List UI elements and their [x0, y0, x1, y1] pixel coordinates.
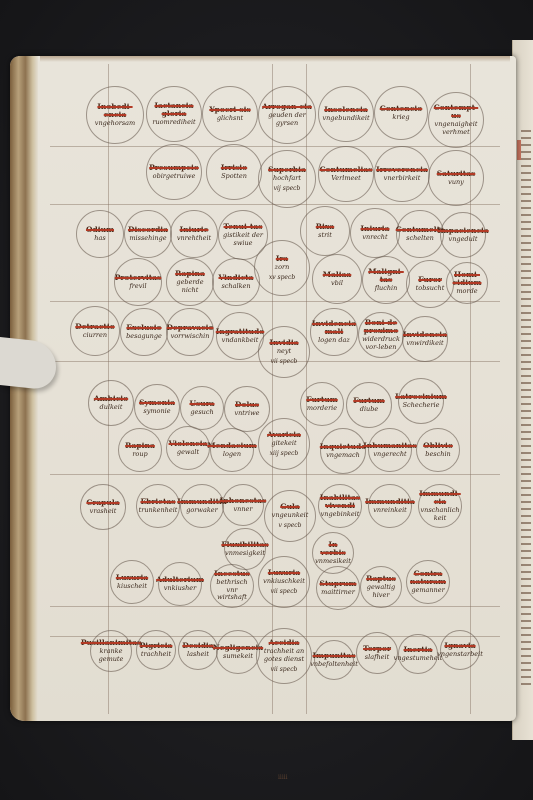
- roundel: Invidencia malilogen daz: [310, 308, 358, 356]
- roundel-latin-term: Presumpcio: [149, 164, 199, 172]
- roundel-latin-term: Iniuria: [361, 225, 390, 233]
- roundel-german-gloss: has: [94, 235, 105, 243]
- roundel-german-gloss: vngebinkeit: [321, 511, 360, 519]
- roundel-latin-term: Contempt-us: [431, 104, 481, 120]
- roundel-latin-term: Rapina: [125, 442, 155, 450]
- roundel-german-gloss: missehinge: [129, 235, 166, 243]
- roundel-german-gloss: logen daz: [318, 337, 350, 345]
- roundel: Depravaciovorrwischin: [166, 308, 214, 356]
- roundel-german-gloss: glichsnt: [217, 115, 243, 123]
- roundel-latin-term: Symonia: [139, 399, 175, 407]
- roundel: Homi-cidiummorde: [446, 262, 488, 304]
- roundel-german-gloss: trachheit: [141, 651, 171, 659]
- roundel-german-gloss: vnner: [234, 506, 253, 514]
- roundel-latin-term: Contencio: [380, 105, 423, 113]
- roundel-german-gloss: hochfart: [273, 175, 301, 183]
- roundel-german-gloss: besagunge: [126, 333, 162, 341]
- roundel: ContumeliasVerlmeet: [318, 146, 374, 202]
- roundel-german-gloss: ciurren: [83, 332, 107, 340]
- roundel-latin-term: Raptus: [366, 575, 396, 583]
- roundel-german-gloss: roup: [132, 451, 147, 459]
- roundel-latin-term: Immundi-cia: [419, 490, 461, 506]
- roundel-german-gloss: krieg: [392, 114, 409, 122]
- roundel-latin-term: Ambicio: [94, 395, 128, 403]
- roundel: Luxuriakiuscheit: [110, 560, 154, 604]
- roundel: Torporslafheit: [356, 632, 398, 674]
- roundel: Inhonestasvnner: [222, 484, 264, 526]
- roundel-species-count: v specb: [279, 522, 302, 529]
- roundel-latin-term: Oblivio: [423, 442, 453, 450]
- roundel: Irazornxv specb: [254, 240, 310, 296]
- roundel-german-gloss: gesuch: [190, 409, 213, 417]
- roundel-german-gloss: trunkenheit: [139, 507, 178, 515]
- roundel-latin-term: Furtum: [353, 397, 384, 405]
- roundel-german-gloss: vnrehtheit: [177, 235, 211, 243]
- roundel-latin-term: Desidia: [182, 642, 213, 650]
- roundel-german-gloss: vngemach: [326, 452, 360, 460]
- roundel-latin-term: Contumelias: [320, 166, 373, 174]
- roundel-latin-term: Inobedi-encia: [89, 103, 141, 119]
- roundel-german-gloss: vngenstarbeit: [437, 651, 483, 659]
- roundel: Gulavngeunkeitv specb: [264, 490, 316, 542]
- roundel: Obliviobeschin: [416, 428, 460, 472]
- roundel-latin-term: Adulterium: [156, 576, 204, 584]
- roundel-latin-term: Mendacium: [207, 442, 256, 450]
- roundel-german-gloss: bethrisch vnr wirtshaft: [213, 579, 251, 602]
- ruling-line: [50, 146, 500, 147]
- roundel: Exclusiobesagunge: [120, 308, 168, 356]
- roundel-latin-term: Depravacio: [167, 324, 214, 332]
- roundel-latin-term: Accidia: [269, 639, 300, 647]
- roundel: Immunditiavnreinkeit: [368, 484, 412, 528]
- roundel: Protervitasfrevil: [114, 258, 162, 306]
- roundel: Presumpcioobirgetruiwe: [146, 144, 202, 200]
- roundel-german-gloss: vngenaigheit verhmet: [431, 121, 481, 136]
- roundel-latin-term: In verbis: [315, 541, 351, 557]
- roundel-latin-term: Ebrietas: [140, 498, 175, 506]
- roundel-german-gloss: geuden der gyrsen: [261, 112, 313, 127]
- roundel-latin-term: Immunditia: [365, 498, 415, 506]
- roundel-latin-term: Ignavia: [444, 642, 475, 650]
- roundel: Contempt-usvngenaigheit verhmet: [428, 92, 484, 148]
- roundel-latin-term: Impunitas: [313, 652, 356, 660]
- roundel-latin-term: Violencia: [169, 440, 208, 448]
- roundel: IrrisioSpotten: [206, 144, 262, 200]
- roundel-german-gloss: obirgetruiwe: [153, 173, 196, 181]
- roundel-latin-term: Rapina: [175, 270, 205, 278]
- roundel-german-gloss: vnkiusher: [164, 585, 197, 593]
- roundel-latin-term: Pigricia: [140, 642, 173, 650]
- roundel-species-count: vii specb: [271, 666, 298, 673]
- roundel: Iniuriavnrecht: [350, 208, 400, 258]
- roundel: Inertiavngestumeheit: [398, 634, 438, 674]
- roundel-german-gloss: neyt: [277, 348, 291, 356]
- roundel-german-gloss: zorn: [275, 264, 290, 272]
- roundel: Pusillanimitaskranke gemute: [90, 630, 132, 672]
- roundel-german-gloss: frevil: [129, 283, 146, 291]
- roundel: Dolusvntriwe: [224, 386, 270, 432]
- roundel-latin-term: Usura: [189, 400, 214, 408]
- roundel: Violenciagewalt: [166, 426, 210, 470]
- roundel: Adulteriumvnkiusher: [158, 562, 202, 606]
- roundel-german-gloss: schalken: [221, 283, 250, 291]
- roundel-latin-term: Invidia: [269, 339, 298, 347]
- roundel-latin-term: Detractio: [75, 323, 114, 331]
- roundel: Negligenciasumekeit: [216, 630, 260, 674]
- roundel-latin-term: Inhonestas: [220, 497, 266, 505]
- roundel: Iniurievnrehtheit: [170, 210, 218, 258]
- roundel-german-gloss: gitekeit: [271, 440, 296, 448]
- roundel-german-gloss: vnerbirkeit: [384, 175, 421, 183]
- roundel: Iactancia gloriaruomrediheit: [146, 86, 202, 142]
- roundel-german-gloss: diube: [360, 406, 378, 414]
- roundel-german-gloss: vngedult: [449, 236, 478, 244]
- roundel: Immundi-ciavnschanlich keit: [418, 484, 462, 528]
- roundel-german-gloss: trachheit an gotes dienst: [259, 648, 309, 663]
- roundel-german-gloss: morderie: [307, 405, 337, 413]
- roundel-latin-term: Saturitas: [437, 170, 476, 178]
- roundel: Rapinaroup: [118, 428, 162, 472]
- roundel-german-gloss: vnwirdikeit: [406, 340, 443, 348]
- roundel: Incestusbethrisch vnr wirtshaft: [210, 564, 254, 608]
- facing-leaf-text: [521, 130, 531, 690]
- roundel: Inobedi-enciavngehorsam: [86, 86, 144, 144]
- roundel-latin-term: Crapula: [86, 499, 119, 507]
- roundel-german-gloss: vorrwischin: [171, 333, 210, 341]
- roundel-german-gloss: sumekeit: [223, 653, 253, 661]
- roundel: Furtummorderie: [300, 382, 344, 426]
- roundel-species-count: vii specb: [271, 358, 298, 365]
- roundel-german-gloss: geberde nicht: [169, 279, 211, 294]
- foliation-mark: iiiii: [278, 774, 288, 781]
- roundel: Saturitasvuny: [428, 150, 484, 206]
- roundel: Odiumhas: [76, 210, 124, 258]
- roundel-latin-term: Odium: [86, 226, 114, 234]
- roundel-german-gloss: vnmesikeit: [315, 558, 351, 566]
- roundel-latin-term: Inabilitas vivendi: [320, 494, 360, 510]
- roundel-german-gloss: gemanner: [411, 587, 444, 595]
- roundel-german-gloss: dulkeit: [100, 404, 123, 412]
- roundel-german-gloss: vnschanlich keit: [420, 507, 459, 522]
- roundel: Raptusgewaltig hiver: [360, 566, 402, 608]
- roundel-latin-term: Stuprum: [320, 580, 357, 588]
- roundel: Stuprummaittirner: [316, 566, 360, 610]
- roundel-latin-term: Irreverencia: [376, 166, 428, 174]
- roundel: Inabilitas vivendivngebinkeit: [318, 484, 362, 528]
- roundel-german-gloss: gorwaker: [186, 507, 218, 515]
- roundel: Insolenciavngebundikeit: [318, 86, 374, 142]
- roundel-species-count: xiij specb: [270, 450, 299, 457]
- roundel: Usuragesuch: [180, 386, 224, 430]
- roundel: Luxuriavnkiuschkeitvii specb: [258, 556, 310, 608]
- roundel-latin-term: Gula: [280, 503, 300, 511]
- roundel: Vindictaschalken: [212, 258, 260, 306]
- roundel-german-gloss: Schecherie: [403, 402, 440, 410]
- roundel-latin-term: Latrocinium: [395, 393, 447, 401]
- roundel-latin-term: Contra naturam: [409, 570, 447, 586]
- roundel: Maliaavbil: [312, 254, 362, 304]
- roundel-german-gloss: vrasheit: [90, 508, 117, 516]
- roundel-latin-term: Ingratitudo: [216, 328, 265, 336]
- roundel-german-gloss: vnbefoltenheit: [310, 661, 358, 669]
- roundel-latin-term: Iniurie: [180, 226, 209, 234]
- roundel-german-gloss: Verlmeet: [331, 175, 361, 183]
- roundel-latin-term: Superbia: [268, 166, 306, 174]
- roundel-german-gloss: Spotten: [221, 173, 247, 181]
- roundel-latin-term: Invidencia: [403, 331, 447, 339]
- roundel: Maligni-tasfluchin: [362, 256, 410, 304]
- roundel-german-gloss: vnmesigkeit: [225, 550, 265, 558]
- roundel-latin-term: Homi-cidium: [449, 271, 485, 287]
- roundel-german-gloss: slafheit: [365, 654, 389, 662]
- roundel-german-gloss: vnreinkeit: [373, 507, 407, 515]
- roundel-latin-term: Boni de proximo: [361, 319, 401, 335]
- roundel: Furtumdiube: [346, 382, 392, 428]
- roundel-german-gloss: ruomrediheit: [152, 119, 195, 127]
- roundel-german-gloss: vngerecht: [373, 451, 406, 459]
- roundel: Impacienciavngedult: [440, 212, 486, 258]
- roundel: Avariciagitekeitxiij specb: [258, 418, 310, 470]
- roundel: Invidianeytvii specb: [258, 326, 310, 378]
- roundel: Ambiciodulkeit: [88, 380, 134, 426]
- roundel-german-gloss: tobsucht: [416, 285, 445, 293]
- roundel-latin-term: Ypocri-sis: [209, 106, 250, 114]
- roundel-species-count: vii specb: [271, 588, 298, 595]
- roundel-latin-term: Pusillanimitas: [81, 639, 141, 647]
- roundel: Invidenciavnwirdikeit: [402, 316, 448, 362]
- roundel-latin-term: Luxuria: [268, 569, 300, 577]
- roundel-latin-term: Rixa: [316, 223, 334, 231]
- roundel-latin-term: Avaricia: [267, 431, 301, 439]
- roundel: LatrociniumSchecherie: [398, 378, 444, 424]
- roundel-latin-term: Invidencia mali: [312, 320, 356, 336]
- roundel: Symoniasymonie: [134, 384, 180, 430]
- roundel-latin-term: Impaciencia: [437, 227, 488, 235]
- roundel-german-gloss: kiuscheit: [117, 583, 147, 591]
- roundel: Detractiociurren: [70, 306, 120, 356]
- roundel-german-gloss: vnrecht: [362, 234, 387, 242]
- roundel-german-gloss: beschin: [425, 451, 450, 459]
- roundel: Ebrietastrunkenheit: [136, 484, 180, 528]
- roundel-german-gloss: morde: [456, 288, 477, 296]
- roundel-latin-term: Furtum: [306, 396, 337, 404]
- ruling-line: [50, 474, 500, 475]
- roundel: Boni de proximowiderdruck vor-leben: [358, 312, 404, 358]
- roundel-species-count: xv specb: [269, 274, 295, 281]
- roundel-latin-term: Luxuria: [116, 574, 148, 582]
- roundel-latin-term: Furor: [418, 276, 442, 284]
- roundel-german-gloss: gewaltig hiver: [363, 584, 399, 599]
- roundel: Arrogan-ciageuden der gyrsen: [258, 86, 316, 144]
- roundel: Irreverenciavnerbirkeit: [374, 146, 430, 202]
- roundel-species-count: vij specb: [274, 185, 301, 192]
- roundel-latin-term: Tenui-tas: [224, 223, 263, 231]
- roundel: Accidiatrachheit an gotes dienstvii spec…: [256, 628, 312, 684]
- roundel: Contra naturamgemanner: [406, 560, 450, 604]
- roundel: Contenciokrieg: [374, 86, 428, 140]
- roundel-german-gloss: gewalt: [177, 449, 199, 457]
- roundel: Inquietudovngemach: [320, 428, 366, 474]
- roundel-latin-term: Inhumanitas: [363, 442, 417, 450]
- roundel-latin-term: Iactancia gloria: [149, 102, 199, 118]
- roundel-latin-term: Arrogan-cia: [262, 103, 312, 111]
- roundel-latin-term: Fluxibilitas: [221, 541, 268, 549]
- roundel-latin-term: Exclusio: [126, 324, 161, 332]
- roundel: Inhumanitasvngerecht: [368, 428, 412, 472]
- roundel-latin-term: Insolencia: [324, 106, 368, 114]
- roundel-german-gloss: vngestumeheit: [394, 655, 443, 663]
- roundel-latin-term: Dolus: [235, 401, 259, 409]
- roundel-latin-term: Ira: [276, 255, 288, 263]
- roundel: Rapinageberde nicht: [166, 258, 214, 306]
- page-top-stain: [40, 56, 510, 62]
- roundel: Pigriciatrachheit: [136, 630, 176, 670]
- roundel-latin-term: Vindicta: [219, 274, 254, 282]
- roundel-latin-term: Torpor: [363, 645, 391, 653]
- roundel: Ignaviavngenstarbeit: [440, 630, 480, 670]
- roundel-german-gloss: widerdruck vor-leben: [361, 336, 401, 351]
- roundel-german-gloss: vuny: [448, 179, 464, 187]
- roundel-german-gloss: lasheit: [187, 651, 209, 659]
- roundel-german-gloss: vngehorsam: [95, 120, 135, 128]
- roundel-german-gloss: fluchin: [375, 285, 398, 293]
- roundel: Crapulavrasheit: [80, 484, 126, 530]
- roundel-german-gloss: vbil: [331, 280, 343, 288]
- roundel: Rixastrit: [300, 206, 350, 256]
- roundel-latin-term: Inertia: [404, 646, 433, 654]
- roundel-german-gloss: vngeunkeit: [272, 512, 309, 520]
- roundel-latin-term: Maligni-tas: [365, 268, 407, 284]
- roundel: Superbiahochfartvij specb: [258, 150, 316, 208]
- roundel-german-gloss: logen: [223, 451, 241, 459]
- roundel: Discordiamissehinge: [124, 210, 172, 258]
- roundel-german-gloss: vnkiuschkeit: [263, 578, 305, 586]
- roundel-german-gloss: vngebundikeit: [322, 115, 369, 123]
- manuscript-page: Inobedi-enciavngehorsamIactancia gloriar…: [10, 56, 516, 721]
- roundel-latin-term: Irrisio: [221, 164, 247, 172]
- roundel-german-gloss: vntriwe: [234, 410, 259, 418]
- roundel: Mendaciumlogen: [210, 428, 254, 472]
- roundel: Immunditiagorwaker: [180, 484, 224, 528]
- roundel-german-gloss: schelten: [406, 235, 434, 243]
- roundel: Ingratitudovndankbeit: [216, 312, 264, 360]
- roundel-latin-term: Inquietudo: [320, 443, 366, 451]
- roundel: Ypocri-sisglichsnt: [202, 86, 258, 142]
- roundel-german-gloss: strit: [318, 232, 332, 240]
- roundel: Impunitasvnbefoltenheit: [314, 640, 354, 680]
- roundel-german-gloss: vndankbeit: [222, 337, 259, 345]
- roundel-latin-term: Maliaa: [323, 271, 352, 279]
- roundel-latin-term: Discordia: [128, 226, 168, 234]
- roundel-german-gloss: gistikeit der swiue: [221, 232, 265, 247]
- roundel-german-gloss: maittirner: [321, 589, 355, 597]
- roundel-latin-term: Protervitas: [115, 274, 162, 282]
- roundel-german-gloss: kranke gemute: [93, 648, 129, 663]
- roundel-german-gloss: symonie: [143, 408, 170, 416]
- roundel-latin-term: Incestus: [214, 570, 250, 578]
